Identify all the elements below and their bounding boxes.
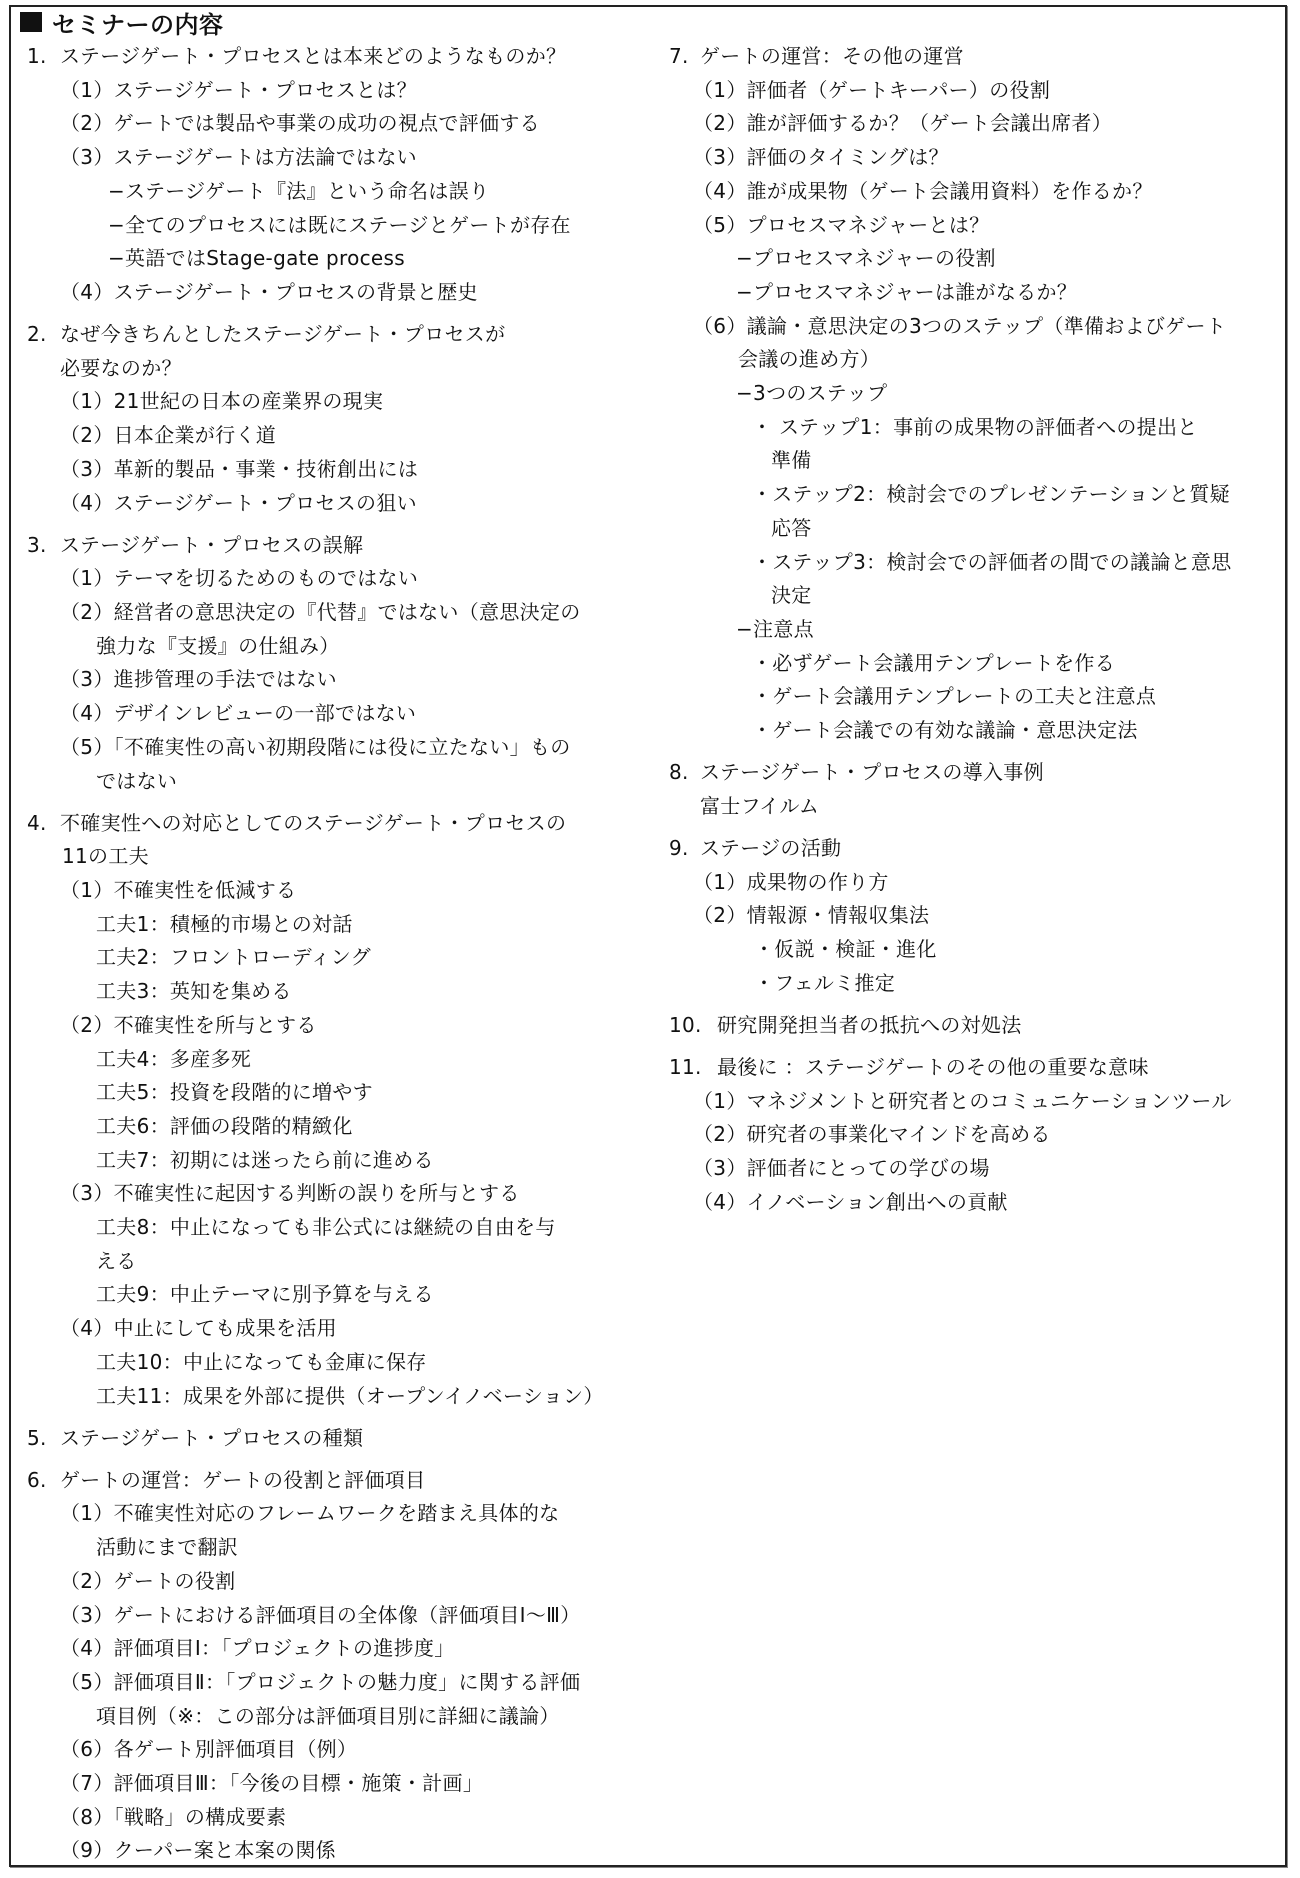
outline-item-sub: （5）「不確実性の高い初期段階には役に立たない」もの xyxy=(60,735,571,759)
outline-item-detail: 工夫5：投資を段階的に増やす xyxy=(96,1080,373,1104)
outline-item-detail: −3つのステップ xyxy=(736,381,887,405)
outline-item-sub: （2）ゲートでは製品や事業の成功の視点で評価する xyxy=(60,111,540,135)
outline-item-detail: 工夫11：成果を外部に提供（オープンイノベーション） xyxy=(96,1384,604,1408)
outline-item-detail: −英語ではStage-gate process xyxy=(108,246,405,270)
outline-item-sub: （1）マネジメントと研究者とのコミュニケーションツール xyxy=(693,1089,1232,1113)
outline-item-sub: （4）デザインレビューの一部ではない xyxy=(60,701,416,725)
outline-item-sub: （3）進捗管理の手法ではない xyxy=(60,667,337,691)
outline-item-detail: −注意点 xyxy=(736,617,814,641)
outline-item-detail: 工夫4：多産多死 xyxy=(96,1047,251,1071)
outline-item-continuation: 強力な『支援』の仕組み） xyxy=(96,634,340,658)
section-number: 1. xyxy=(27,44,47,68)
outline-item-bullet: ・必ずゲート会議用テンプレートを作る xyxy=(752,651,1115,675)
outline-item-sub: （4）ステージゲート・プロセスの背景と歴史 xyxy=(60,280,478,304)
outline-item-sub: （1）不確実性対応のフレームワークを踏まえ具体的な xyxy=(60,1501,559,1525)
outline-item-continuation: 会議の進め方） xyxy=(738,347,880,371)
outline-item-sub: （7）評価項目Ⅲ：「今後の目標・施策・計画」 xyxy=(60,1771,483,1795)
outline-item-detail: −プロセスマネジャーは誰がなるか？ xyxy=(736,280,1077,304)
outline-item-sub: （1）成果物の作り方 xyxy=(693,870,889,894)
outline-item-sub: （2）誰が評価するか？（ゲート会議出席者） xyxy=(693,111,1112,135)
outline-item-bullet: ・ステップ2：検討会でのプレゼンテーションと質疑 xyxy=(752,482,1230,506)
outline-item-bullet: ・ゲート会議用テンプレートの工夫と注意点 xyxy=(752,684,1156,708)
outline-item-sub: （6）議論・意思決定の3つのステップ（準備およびゲート xyxy=(693,314,1226,338)
section-number: 3. xyxy=(27,533,47,557)
outline-item-sub: （9）クーパー案と本案の関係 xyxy=(60,1838,336,1862)
section-number: 11. xyxy=(669,1055,702,1079)
section-number: 7. xyxy=(669,44,689,68)
outline-item-detail: 工夫7：初期には迷ったら前に進める xyxy=(96,1148,434,1172)
page-title: セミナーの内容 xyxy=(20,6,224,38)
outline-item-detail: 工夫1：積極的市場との対話 xyxy=(96,912,353,936)
outline-item-continuation: ではない xyxy=(96,769,177,793)
outline-item-detail: −全てのプロセスには既にステージとゲートが存在 xyxy=(108,213,571,237)
outline-item-sub: （1）評価者（ゲートキーパー）の役割 xyxy=(693,78,1050,102)
outline-item-sub: （3）革新的製品・事業・技術創出には xyxy=(60,457,418,481)
outline-item-detail: −プロセスマネジャーの役割 xyxy=(736,246,996,270)
outline-item-continuation: 決定 xyxy=(771,583,812,607)
outline-item-section: ステージゲート・プロセスとは本来どのようなものか？ xyxy=(60,44,566,68)
outline-item-continuation: 準備 xyxy=(771,448,812,472)
outline-item-continuation: 必要なのか？ xyxy=(60,356,182,380)
outline-item-continuation: える xyxy=(96,1249,137,1273)
outline-item-sub: （6）各ゲート別評価項目（例） xyxy=(60,1737,357,1761)
outline-item-sub: （3）評価のタイミングは？ xyxy=(693,145,949,169)
outline-item-sub: （1）21世紀の日本の産業界の現実 xyxy=(60,389,383,413)
outline-item-sub: （3）評価者にとっての学びの場 xyxy=(693,1156,990,1180)
outline-item-sub: （3）ゲートにおける評価項目の全体像（評価項目Ⅰ〜Ⅲ） xyxy=(60,1603,581,1627)
outline-item-sub: （8）「戦略」の構成要素 xyxy=(60,1805,286,1829)
outline-item-sub: （4）評価項目Ⅰ：「プロジェクトの進捗度」 xyxy=(60,1636,455,1660)
outline-item-bullet: ・ゲート会議での有効な議論・意思決定法 xyxy=(752,718,1138,742)
outline-item-sub: （2）ゲートの役割 xyxy=(60,1569,235,1593)
outline-item-section: 最後に ：ステージゲートのその他の重要な意味 xyxy=(717,1055,1149,1079)
section-number: 10. xyxy=(669,1013,702,1037)
section-number: 6. xyxy=(27,1468,47,1492)
outline-item-detail: 工夫10：中止になっても金庫に保存 xyxy=(96,1350,427,1374)
section-number: 8. xyxy=(669,760,689,784)
outline-item-sub: （1）不確実性を低減する xyxy=(60,878,296,902)
outline-item-section: ステージゲート・プロセスの種類 xyxy=(60,1426,363,1450)
outline-item-detail: 工夫2：フロントローディング xyxy=(96,945,371,969)
outline-item-detail: −ステージゲート『法』という命名は誤り xyxy=(108,179,489,203)
outline-item-sub: （4）誰が成果物（ゲート会議用資料）を作るか？ xyxy=(693,179,1153,203)
outline-item-bullet: ・フェルミ推定 xyxy=(754,971,895,995)
outline-item-section: なぜ今きちんとしたステージゲート・プロセスが xyxy=(60,322,505,346)
outline-item-continuation: 11の工夫 xyxy=(62,844,149,868)
page-title-text: セミナーの内容 xyxy=(52,5,224,40)
outline-item-bullet: ・ ステップ1：事前の成果物の評価者への提出と xyxy=(752,415,1198,439)
outline-item-section: ゲートの運営：その他の運営 xyxy=(700,44,964,68)
section-number: 4. xyxy=(27,811,47,835)
outline-item-continuation: 応答 xyxy=(771,516,812,540)
section-number: 2. xyxy=(27,322,47,346)
outline-item-sub: （4）イノベーション創出への貢献 xyxy=(693,1190,1008,1214)
outline-item-sub: （1）テーマを切るためのものではない xyxy=(60,566,418,590)
outline-item-detail: 工夫9：中止テーマに別予算を与える xyxy=(96,1282,434,1306)
outline-item-sub: （4）中止にしても成果を活用 xyxy=(60,1316,337,1340)
black-square-icon xyxy=(20,12,42,32)
outline-item-continuation: 項目例（※：この部分は評価項目別に詳細に議論） xyxy=(96,1704,560,1728)
outline-item-section: ステージの活動 xyxy=(700,836,841,860)
outline-item-continuation: 富士フイルム xyxy=(700,794,819,818)
section-number: 9. xyxy=(669,836,689,860)
outline-item-detail: 工夫8：中止になっても非公式には継続の自由を与 xyxy=(96,1215,556,1239)
outline-item-sub: （3）ステージゲートは方法論ではない xyxy=(60,145,417,169)
outline-item-section: ステージゲート・プロセスの導入事例 xyxy=(700,760,1044,784)
outline-item-sub: （5）評価項目Ⅱ：「プロジェクトの魅力度」に関する評価 xyxy=(60,1670,580,1694)
outline-item-sub: （2）情報源・情報収集法 xyxy=(693,903,929,927)
section-number: 5. xyxy=(27,1426,47,1450)
outline-item-sub: （2）日本企業が行く道 xyxy=(60,423,276,447)
outline-item-sub: （2）研究者の事業化マインドを高める xyxy=(693,1122,1051,1146)
outline-item-detail: 工夫6：評価の段階的精緻化 xyxy=(96,1114,353,1138)
outline-item-sub: （2）経営者の意思決定の『代替』ではない（意思決定の xyxy=(60,600,581,624)
outline-item-continuation: 活動にまで翻訳 xyxy=(96,1535,238,1559)
outline-item-sub: （2）不確実性を所与とする xyxy=(60,1013,317,1037)
outline-item-detail: 工夫3：英知を集める xyxy=(96,979,292,1003)
outline-item-sub: （3）不確実性に起因する判断の誤りを所与とする xyxy=(60,1181,520,1205)
outline-item-section: ゲートの運営：ゲートの役割と評価項目 xyxy=(60,1468,425,1492)
outline-item-bullet: ・仮説・検証・進化 xyxy=(754,937,937,961)
outline-item-section: 研究開発担当者の抵抗への対処法 xyxy=(717,1013,1022,1037)
outline-item-section: ステージゲート・プロセスの誤解 xyxy=(60,533,363,557)
outline-item-bullet: ・ステップ3：検討会での評価者の間での議論と意思 xyxy=(752,550,1232,574)
outline-item-sub: （5）プロセスマネジャーとは？ xyxy=(693,213,989,237)
outline-item-sub: （1）ステージゲート・プロセスとは？ xyxy=(60,78,417,102)
outline-item-section: 不確実性への対応としてのステージゲート・プロセスの xyxy=(60,811,566,835)
outline-item-sub: （4）ステージゲート・プロセスの狙い xyxy=(60,491,417,515)
